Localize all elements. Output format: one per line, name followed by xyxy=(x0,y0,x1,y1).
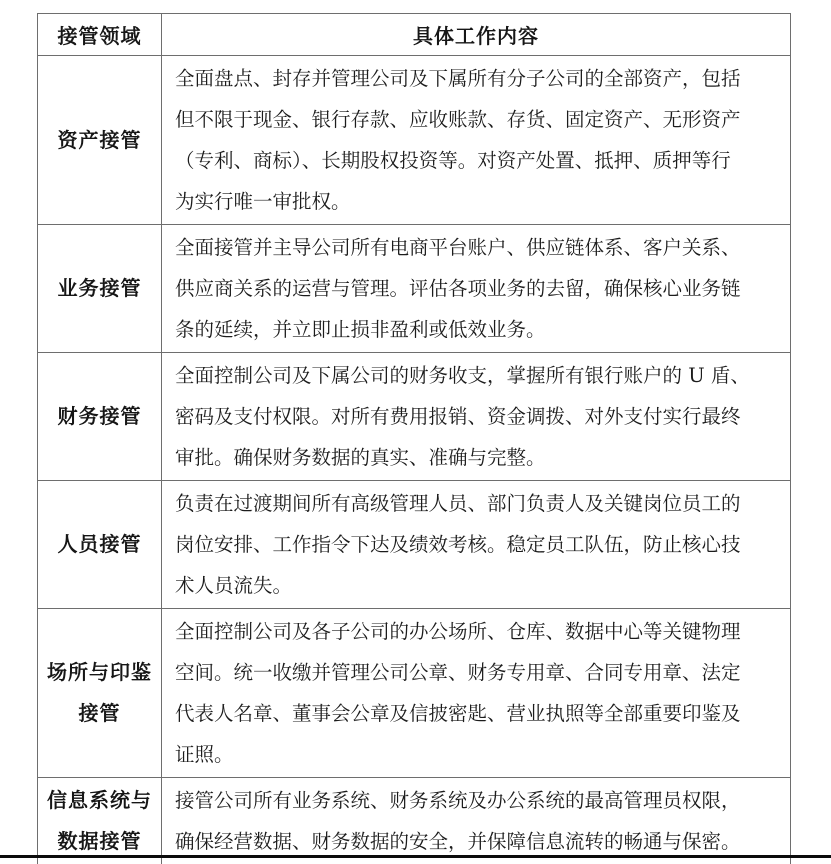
table-row: 信息系统与 数据接管 接管公司所有业务系统、财务系统及办公系统的最高管理员权限，… xyxy=(38,778,791,864)
table-row: 资产接管 全面盘点、封存并管理公司及下属所有分子公司的全部资产，包括 但不限于现… xyxy=(38,56,791,225)
row-area-label: 财务接管 xyxy=(38,353,162,481)
takeover-table: 接管领域 具体工作内容 资产接管 全面盘点、封存并管理公司及下属所有分子公司的全… xyxy=(37,13,791,864)
row-area-label: 场所与印鉴 接管 xyxy=(38,609,162,778)
row-content-text: 全面控制公司及下属公司的财务收支，掌握所有银行账户的 U 盾、 密码及支付权限。… xyxy=(162,353,791,481)
table-row: 财务接管 全面控制公司及下属公司的财务收支，掌握所有银行账户的 U 盾、 密码及… xyxy=(38,353,791,481)
row-area-label: 资产接管 xyxy=(38,56,162,225)
bottom-horizontal-rule xyxy=(0,855,831,858)
table-row: 业务接管 全面接管并主导公司所有电商平台账户、供应链体系、客户关系、 供应商关系… xyxy=(38,225,791,353)
row-area-label: 人员接管 xyxy=(38,481,162,609)
row-content-text: 全面控制公司及各子公司的办公场所、仓库、数据中心等关键物理 空间。统一收缴并管理… xyxy=(162,609,791,778)
header-content: 具体工作内容 xyxy=(162,14,791,56)
row-area-label: 信息系统与 数据接管 xyxy=(38,778,162,864)
table-row: 场所与印鉴 接管 全面控制公司及各子公司的办公场所、仓库、数据中心等关键物理 空… xyxy=(38,609,791,778)
row-content-text: 全面盘点、封存并管理公司及下属所有分子公司的全部资产，包括 但不限于现金、银行存… xyxy=(162,56,791,225)
row-content-text: 接管公司所有业务系统、财务系统及办公系统的最高管理员权限， 确保经营数据、财务数… xyxy=(162,778,791,864)
table-header-row: 接管领域 具体工作内容 xyxy=(38,14,791,56)
document-page: 接管领域 具体工作内容 资产接管 全面盘点、封存并管理公司及下属所有分子公司的全… xyxy=(0,0,831,864)
row-content-text: 全面接管并主导公司所有电商平台账户、供应链体系、客户关系、 供应商关系的运营与管… xyxy=(162,225,791,353)
table-row: 人员接管 负责在过渡期间所有高级管理人员、部门负责人及关键岗位员工的 岗位安排、… xyxy=(38,481,791,609)
row-content-text: 负责在过渡期间所有高级管理人员、部门负责人及关键岗位员工的 岗位安排、工作指令下… xyxy=(162,481,791,609)
header-area: 接管领域 xyxy=(38,14,162,56)
row-area-label: 业务接管 xyxy=(38,225,162,353)
